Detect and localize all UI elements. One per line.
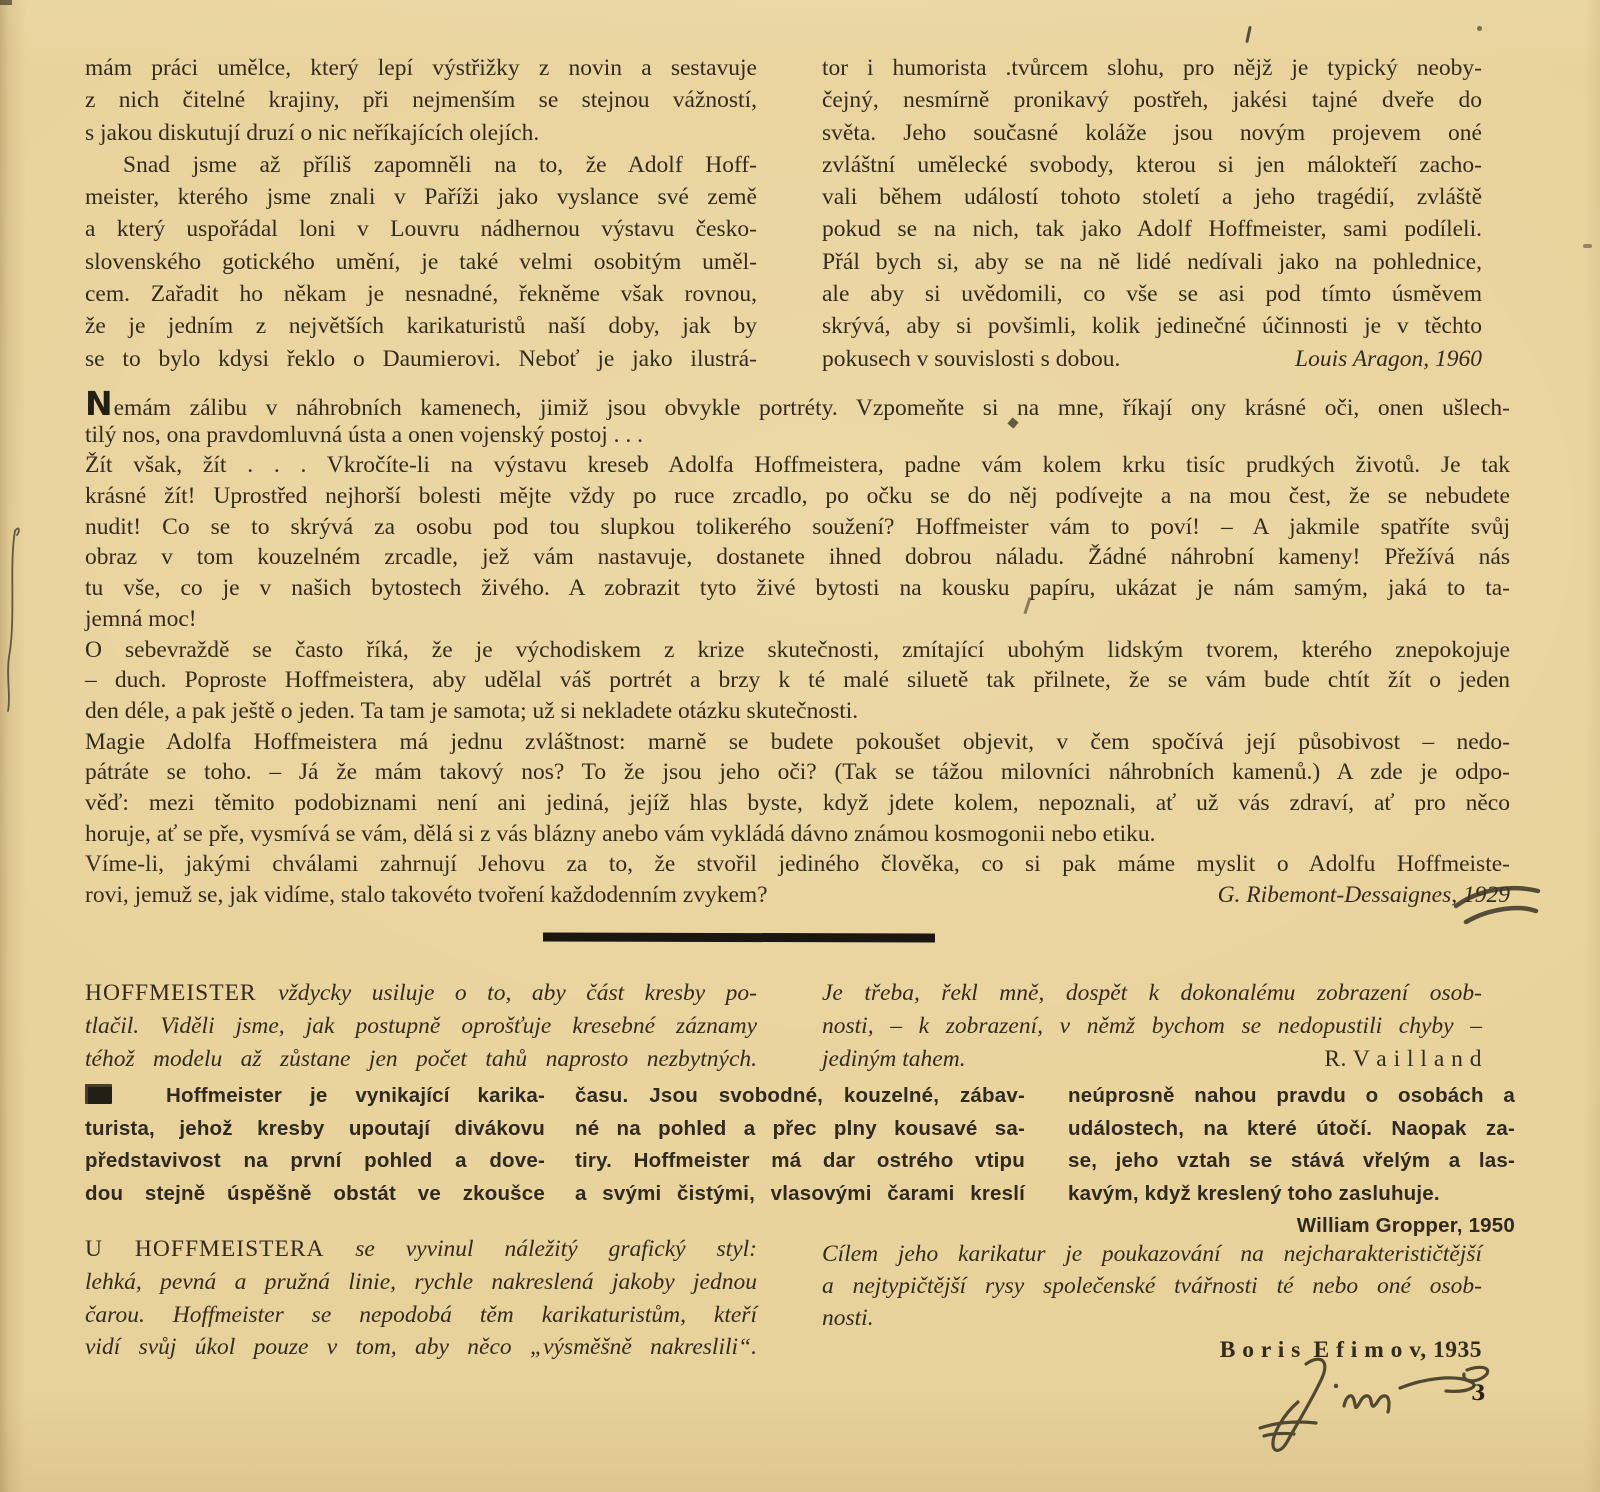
line-text: času. Jsou svobodné, kouzelné, zábav- bbox=[575, 1084, 1025, 1107]
text-line: se, jeho vztah se stává vřelým a las- bbox=[1068, 1145, 1515, 1178]
quote-bottom-left: U HOFFMEISTERA se vyvinul náležitý grafi… bbox=[85, 1233, 757, 1364]
text-line: a nejtypičtější rysy společenské tvářnos… bbox=[822, 1270, 1482, 1302]
corner-mark bbox=[0, 0, 12, 5]
line-text: lehká, pevná a pružná linie, rychle nakr… bbox=[85, 1269, 757, 1295]
line-text: se vyvinul náležitý grafický styl: bbox=[355, 1236, 757, 1262]
text-line: vali během událostí tohoto století a jeh… bbox=[822, 181, 1482, 213]
text-line: a který uspořádal loni v Louvru nádherno… bbox=[85, 213, 757, 245]
line-text: skrývá, aby si povšimli, kolik jedinečné… bbox=[822, 313, 1482, 339]
line-text: cem. Zařadit ho někam je nesnadné, řekně… bbox=[85, 281, 757, 307]
text-line: ale aby si uvědomili, co vše se asi pod … bbox=[822, 278, 1482, 310]
text-line: pokud se na nich, tak jako Adolf Hoffmei… bbox=[822, 213, 1482, 245]
text-line: nosti, – k zobrazení, v němž bychom se n… bbox=[822, 1010, 1482, 1043]
text-line: neúprosně nahou pravdu o osobách a bbox=[1068, 1080, 1515, 1113]
line-text: vidí svůj úkol pouze v tom, aby něco „vý… bbox=[85, 1334, 757, 1360]
text-line: Hoffmeister je vynikající karika- bbox=[85, 1080, 545, 1113]
column-top-left: mám práci umělce, který lepí výstřižky z… bbox=[85, 52, 757, 375]
book-page: mám práci umělce, který lepí výstřižky z… bbox=[0, 0, 1600, 1492]
line-text: emám zálibu v náhrobních kamenech, jimiž… bbox=[114, 395, 1510, 421]
line-text: nudit! Co se to skrývá za osobu pod tou … bbox=[85, 514, 1510, 540]
text-line: pátráte se toho. – Já že mám takový nos?… bbox=[85, 757, 1510, 788]
line-text: jemná moc! bbox=[85, 606, 197, 632]
text-line: den déle, a pak ještě o jeden. Ta tam je… bbox=[85, 696, 1510, 727]
text-line: krásné žít! Uprostřed nejhorší bolesti m… bbox=[85, 481, 1510, 512]
text-line: lehká, pevná a pružná linie, rychle nakr… bbox=[85, 1266, 757, 1299]
text-line: jemná moc! bbox=[85, 604, 1510, 635]
ink-speck bbox=[1583, 244, 1592, 248]
drop-cap: N bbox=[85, 384, 112, 423]
text-line: pokusech v souvislosti s dobou.Louis Ara… bbox=[822, 343, 1482, 375]
line-text: O sebevraždě se často říká, že je východ… bbox=[85, 637, 1510, 663]
line-text: Přál bych si, aby se na ně lidé nedívali… bbox=[822, 249, 1482, 275]
line-text: pokusech v souvislosti s dobou. bbox=[822, 343, 1120, 375]
line-text: věď: mezi těmito podobiznami není ani je… bbox=[85, 790, 1510, 816]
line-text: tiry. Hoffmeister má dar ostrého vtipu bbox=[575, 1149, 1025, 1172]
text-line: U HOFFMEISTERA se vyvinul náležitý grafi… bbox=[85, 1233, 757, 1266]
text-line: tlačil. Viděli jsme, jak postupně oprošť… bbox=[85, 1010, 757, 1043]
text-line: zvláštní umělecké svobody, kterou si jen… bbox=[822, 149, 1482, 181]
line-text: mám práci umělce, který lepí výstřižky z… bbox=[85, 55, 757, 81]
text-line: času. Jsou svobodné, kouzelné, zábav- bbox=[575, 1080, 1025, 1113]
line-text: tor i humorista .tvůrcem slohu, pro nějž… bbox=[822, 55, 1482, 81]
text-line: rovi, jemuž se, jak vidíme, stalo takové… bbox=[85, 880, 1510, 911]
quote-efimov-right: Cílem jeho karikatur je poukazování na n… bbox=[822, 1238, 1482, 1366]
text-line: Přál bych si, aby se na ně lidé nedívali… bbox=[822, 246, 1482, 278]
line-text: Magie Adolfa Hoffmeistera má jednu zvláš… bbox=[85, 729, 1510, 755]
text-line: Je třeba, řekl mně, dospět k dokonalému … bbox=[822, 977, 1482, 1010]
line-text: se to bylo kdysi řeklo o Daumierovi. Neb… bbox=[85, 346, 757, 372]
line-text: světa. Jeho současné koláže jsou novým p… bbox=[822, 120, 1482, 146]
text-line: O sebevraždě se často říká, že je východ… bbox=[85, 635, 1510, 666]
line-text: nosti. bbox=[822, 1305, 874, 1331]
text-line: s jakou diskutují druzí o nic neříkající… bbox=[85, 117, 757, 149]
line-text: tilý nos, ona pravdomluvná ústa a onen v… bbox=[85, 422, 643, 448]
line-text: Snad jsme až příliš zapomněli na to, že … bbox=[123, 152, 757, 178]
attribution: Louis Aragon, 1960 bbox=[1295, 343, 1482, 375]
line-text: Je třeba, řekl mně, dospět k dokonalému … bbox=[822, 980, 1482, 1006]
text-line: nosti. bbox=[822, 1302, 1482, 1334]
text-line: jediným tahem.R. V a i l l a n d bbox=[822, 1043, 1482, 1076]
text-line: Nemám zálibu v náhrobních kamenech, jimi… bbox=[85, 389, 1510, 420]
gropper-column-3: neúprosně nahou pravdu o osobách audálos… bbox=[1068, 1080, 1515, 1243]
line-text: horuje, ať se pře, vysmívá se vám, dělá … bbox=[85, 821, 1156, 847]
text-line: horuje, ať se pře, vysmívá se vám, dělá … bbox=[85, 819, 1510, 850]
text-line: nudit! Co se to skrývá za osobu pod tou … bbox=[85, 512, 1510, 543]
line-text: vždycky usiluje o to, aby část kresby po… bbox=[278, 980, 757, 1006]
line-text: neúprosně nahou pravdu o osobách a bbox=[1068, 1084, 1515, 1107]
text-line: mám práci umělce, který lepí výstřižky z… bbox=[85, 52, 757, 84]
line-text: den déle, a pak ještě o jeden. Ta tam je… bbox=[85, 698, 858, 724]
line-text: ale aby si uvědomili, co vše se asi pod … bbox=[822, 281, 1482, 307]
line-text: nosti, – k zobrazení, v němž bychom se n… bbox=[822, 1013, 1482, 1039]
attribution: R. V a i l l a n d bbox=[1324, 1043, 1482, 1076]
text-line: tor i humorista .tvůrcem slohu, pro nějž… bbox=[822, 52, 1482, 84]
square-bullet-icon bbox=[85, 1084, 112, 1104]
line-text: turista, jehož kresby upoutají divákovu bbox=[85, 1117, 545, 1140]
line-text: kavým, když kreslený toho zasluhuje. bbox=[1068, 1182, 1440, 1205]
line-text: se, jeho vztah se stává vřelým a las- bbox=[1068, 1149, 1515, 1172]
text-line: a svými čistými, vlasovými čarami kreslí bbox=[575, 1178, 1025, 1211]
line-text: pokud se na nich, tak jako Adolf Hoffmei… bbox=[822, 216, 1482, 242]
line-text: tu vše, co je v našich bytostech živého.… bbox=[85, 575, 1510, 601]
line-text: vali během událostí tohoto století a jeh… bbox=[822, 184, 1482, 210]
text-line: HOFFMEISTER vždycky usiluje o to, aby čá… bbox=[85, 977, 757, 1010]
text-line: z nich čitelné krajiny, při nejmenším se… bbox=[85, 84, 757, 116]
text-line: čejný, nesmírně pronikavý postřeh, jakés… bbox=[822, 84, 1482, 116]
line-text: čejný, nesmírně pronikavý postřeh, jakés… bbox=[822, 87, 1482, 113]
line-text: a svými čistými, vlasovými čarami kreslí bbox=[575, 1182, 1025, 1205]
line-text: krásné žít! Uprostřed nejhorší bolesti m… bbox=[85, 483, 1510, 509]
text-line: né na pohled a přec plny kousavé sa- bbox=[575, 1113, 1025, 1146]
line-text: rovi, jemuž se, jak vidíme, stalo takové… bbox=[85, 880, 768, 911]
text-line: – duch. Poproste Hoffmeistera, aby uděla… bbox=[85, 665, 1510, 696]
line-text: čarou. Hoffmeister se nepodobá těm karik… bbox=[85, 1302, 757, 1328]
text-line: tiry. Hoffmeister má dar ostrého vtipu bbox=[575, 1145, 1025, 1178]
text-line: téhož modelu až zůstane jen počet tahů n… bbox=[85, 1043, 757, 1076]
ink-speck bbox=[1477, 26, 1482, 31]
line-text: Víme-li, jakými chválami zahrnují Jehovu… bbox=[85, 851, 1510, 877]
paper-fiber-mark bbox=[0, 525, 24, 717]
text-line: B o r i s E f i m o v, 1935 bbox=[822, 1334, 1482, 1366]
line-text: že je jedním z největších karikaturistů … bbox=[85, 313, 757, 339]
text-line: Cílem jeho karikatur je poukazování na n… bbox=[822, 1238, 1482, 1270]
line-text: s jakou diskutují druzí o nic neříkající… bbox=[85, 120, 539, 146]
quote-hoffmeister-left: HOFFMEISTER vždycky usiluje o to, aby čá… bbox=[85, 977, 757, 1076]
text-line: událostech, na které útočí. Naopak za- bbox=[1068, 1113, 1515, 1146]
line-text: a který uspořádal loni v Louvru nádherno… bbox=[85, 216, 757, 242]
line-text: meister, kterého jsme znali v Paříži jak… bbox=[85, 184, 757, 210]
leadin-caps: HOFFMEISTER bbox=[85, 980, 278, 1006]
text-line: Magie Adolfa Hoffmeistera má jednu zvláš… bbox=[85, 727, 1510, 758]
line-text: dou stejně úspěšně obstát ve zkoušce bbox=[85, 1182, 545, 1205]
text-line: skrývá, aby si povšimli, kolik jedinečné… bbox=[822, 310, 1482, 342]
line-text: Cílem jeho karikatur je poukazování na n… bbox=[822, 1241, 1482, 1267]
line-text: obraz v tom kouzelném zrcadle, jež vám n… bbox=[85, 544, 1510, 570]
text-line: cem. Zařadit ho někam je nesnadné, řekně… bbox=[85, 278, 757, 310]
gropper-column-2: času. Jsou svobodné, kouzelné, zábav-né … bbox=[575, 1080, 1025, 1210]
stray-apostrophe-mark bbox=[1245, 26, 1251, 43]
line-text: představivost na první pohled a dove- bbox=[85, 1149, 545, 1172]
text-line: vidí svůj úkol pouze v tom, aby něco „vý… bbox=[85, 1331, 757, 1364]
line-text: jediným tahem. bbox=[822, 1043, 966, 1076]
column-top-right: tor i humorista .tvůrcem slohu, pro nějž… bbox=[822, 52, 1482, 375]
line-text: z nich čitelné krajiny, při nejmenším se… bbox=[85, 87, 757, 113]
line-text: téhož modelu až zůstane jen počet tahů n… bbox=[85, 1046, 757, 1072]
line-text: a nejtypičtější rysy společenské tvářnos… bbox=[822, 1273, 1482, 1299]
text-line: věď: mezi těmito podobiznami není ani je… bbox=[85, 788, 1510, 819]
attribution: B o r i s E f i m o v, 1935 bbox=[1220, 1334, 1482, 1366]
line-text: né na pohled a přec plny kousavé sa- bbox=[575, 1117, 1025, 1140]
line-text: Žít však, žít . . . Vkročíte-li na výsta… bbox=[85, 452, 1510, 478]
leadin-caps: U HOFFMEISTERA bbox=[85, 1236, 355, 1262]
gropper-column-1: Hoffmeister je vynikající karika-turista… bbox=[85, 1080, 545, 1210]
text-line: slovenského gotického umění, je také vel… bbox=[85, 246, 757, 278]
text-line: turista, jehož kresby upoutají divákovu bbox=[85, 1113, 545, 1146]
text-line: čarou. Hoffmeister se nepodobá těm karik… bbox=[85, 1299, 757, 1332]
line-text: Hoffmeister je vynikající karika- bbox=[166, 1084, 545, 1107]
line-text: zvláštní umělecké svobody, kterou si jen… bbox=[822, 152, 1482, 178]
text-line: Víme-li, jakými chválami zahrnují Jehovu… bbox=[85, 849, 1510, 880]
text-line: dou stejně úspěšně obstát ve zkoušce bbox=[85, 1178, 545, 1211]
paragraph-middle: Nemám zálibu v náhrobních kamenech, jimi… bbox=[85, 389, 1510, 911]
text-line: světa. Jeho současné koláže jsou novým p… bbox=[822, 117, 1482, 149]
line-text: pátráte se toho. – Já že mám takový nos?… bbox=[85, 759, 1510, 785]
line-text: tlačil. Viděli jsme, jak postupně oprošť… bbox=[85, 1013, 757, 1039]
divider-rule bbox=[543, 932, 935, 942]
line-text: – duch. Poproste Hoffmeistera, aby uděla… bbox=[85, 667, 1510, 693]
text-line: představivost na první pohled a dove- bbox=[85, 1145, 545, 1178]
text-line: Žít však, žít . . . Vkročíte-li na výsta… bbox=[85, 450, 1510, 481]
attribution: G. Ribemont-Dessaignes, 1929 bbox=[1218, 880, 1510, 911]
text-line: tu vše, co je v našich bytostech živého.… bbox=[85, 573, 1510, 604]
text-line: tilý nos, ona pravdomluvná ústa a onen v… bbox=[85, 420, 1510, 451]
text-line: že je jedním z největších karikaturistů … bbox=[85, 310, 757, 342]
page-number: 3 bbox=[1471, 1380, 1486, 1405]
text-line: Snad jsme až příliš zapomněli na to, že … bbox=[85, 149, 757, 181]
text-line: obraz v tom kouzelném zrcadle, jež vám n… bbox=[85, 542, 1510, 573]
text-line: se to bylo kdysi řeklo o Daumierovi. Neb… bbox=[85, 343, 757, 375]
text-line: kavým, když kreslený toho zasluhuje. bbox=[1068, 1178, 1515, 1211]
quote-vailland-right: Je třeba, řekl mně, dospět k dokonalému … bbox=[822, 977, 1482, 1076]
text-line: meister, kterého jsme znali v Paříži jak… bbox=[85, 181, 757, 213]
line-text: událostech, na které útočí. Naopak za- bbox=[1068, 1117, 1515, 1140]
line-text: slovenského gotického umění, je také vel… bbox=[85, 249, 757, 275]
